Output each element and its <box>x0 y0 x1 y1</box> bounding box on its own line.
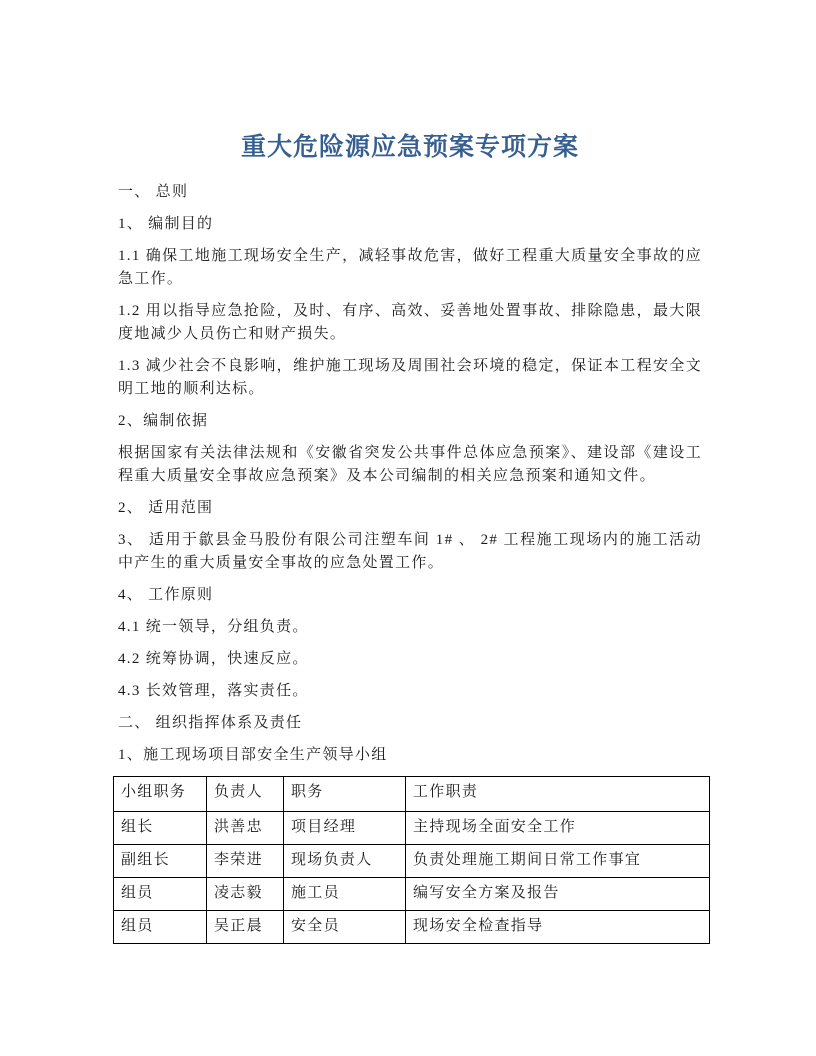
header-duty: 工作职责 <box>406 777 710 812</box>
heading-2-basis: 2、编制依据 <box>118 410 702 433</box>
header-group-role: 小组职务 <box>114 777 207 812</box>
table-row: 副组长 李荣进 现场负责人 负责处理施工期间日常工作事宜 <box>114 845 710 878</box>
heading-section-2-organization: 二、 组织指挥体系及责任 <box>118 712 702 735</box>
cell-group-role: 副组长 <box>114 845 207 878</box>
cell-duty: 现场安全检查指导 <box>406 911 710 944</box>
cell-person: 吴正晨 <box>207 911 284 944</box>
para-4-3: 4.3 长效管理，落实责任。 <box>118 680 702 703</box>
cell-group-role: 组员 <box>114 911 207 944</box>
document-title: 重大危险源应急预案专项方案 <box>118 131 702 163</box>
cell-person: 洪善忠 <box>207 812 284 845</box>
document-body: 一、 总则 1、 编制目的 1.1 确保工地施工现场安全生产，减轻事故危害，做好… <box>118 181 702 767</box>
header-person: 负责人 <box>207 777 284 812</box>
heading-1-purpose: 1、 编制目的 <box>118 213 702 236</box>
heading-2-scope: 2、 适用范围 <box>118 497 702 520</box>
para-1-1: 1.1 确保工地施工现场安全生产，减轻事故危害，做好工程重大质量安全事故的应急工… <box>118 245 702 291</box>
cell-duty: 主持现场全面安全工作 <box>406 812 710 845</box>
cell-duty: 编写安全方案及报告 <box>406 878 710 911</box>
cell-person: 凌志毅 <box>207 878 284 911</box>
cell-position: 现场负责人 <box>284 845 406 878</box>
table-row: 组员 凌志毅 施工员 编写安全方案及报告 <box>114 878 710 911</box>
table-header-row: 小组职务 负责人 职务 工作职责 <box>114 777 710 812</box>
para-1-3: 1.3 减少社会不良影响，维护施工现场及周围社会环境的稳定，保证本工程安全文明工… <box>118 355 702 401</box>
cell-position: 项目经理 <box>284 812 406 845</box>
cell-position: 施工员 <box>284 878 406 911</box>
header-position: 职务 <box>284 777 406 812</box>
leadership-group-table: 小组职务 负责人 职务 工作职责 组长 洪善忠 项目经理 主持现场全面安全工作 … <box>113 776 710 944</box>
para-3-applicability: 3、 适用于歙县金马股份有限公司注塑车间 1# 、 2# 工程施工现场内的施工活… <box>118 529 702 575</box>
heading-section-1-general: 一、 总则 <box>118 181 702 204</box>
heading-leadership-group: 1、施工现场项目部安全生产领导小组 <box>118 744 702 767</box>
para-4-1: 4.1 统一领导，分组负责。 <box>118 616 702 639</box>
cell-group-role: 组员 <box>114 878 207 911</box>
heading-4-principles: 4、 工作原则 <box>118 584 702 607</box>
table-row: 组长 洪善忠 项目经理 主持现场全面安全工作 <box>114 812 710 845</box>
cell-duty: 负责处理施工期间日常工作事宜 <box>406 845 710 878</box>
table-row: 组员 吴正晨 安全员 现场安全检查指导 <box>114 911 710 944</box>
para-1-2: 1.2 用以指导应急抢险，及时、有序、高效、妥善地处置事故、排除隐患，最大限度地… <box>118 300 702 346</box>
cell-group-role: 组长 <box>114 812 207 845</box>
document-page: 重大危险源应急预案专项方案 一、 总则 1、 编制目的 1.1 确保工地施工现场… <box>0 0 816 1056</box>
para-4-2: 4.2 统筹协调，快速反应。 <box>118 648 702 671</box>
para-basis-body: 根据国家有关法律法规和《安徽省突发公共事件总体应急预案》、建设部《建设工程重大质… <box>118 442 702 488</box>
cell-position: 安全员 <box>284 911 406 944</box>
cell-person: 李荣进 <box>207 845 284 878</box>
